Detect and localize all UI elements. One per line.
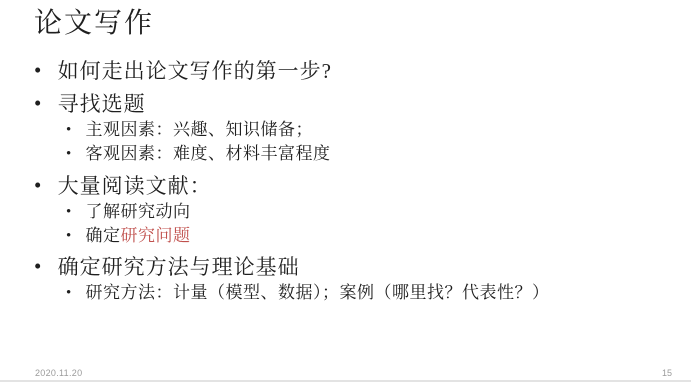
bullet-item: 大量阅读文献： xyxy=(34,175,683,198)
bullet-text-highlight: 研究问题 xyxy=(121,226,191,245)
bullet-text: 寻找选题 xyxy=(58,92,146,116)
bullet-text: 客观因素：难度、材料丰富程度 xyxy=(86,144,331,163)
bullet-item: 确定研究问题 xyxy=(66,226,683,246)
page-number: 15 xyxy=(662,368,672,378)
bullet-item: 确定研究方法与理论基础 xyxy=(34,256,683,279)
bullet-text: 主观因素：兴趣、知识储备； xyxy=(86,120,314,139)
bullet-text: 如何走出论文写作的第一步? xyxy=(58,59,332,83)
footer-date: 2020.11.20 xyxy=(35,368,82,378)
bullet-text: 确定 xyxy=(86,226,121,245)
bullet-text: 研究方法：计量（模型、数据）；案例（哪里找？代表性？） xyxy=(86,283,550,302)
slide: 论文写作 如何走出论文写作的第一步? 寻找选题 主观因素：兴趣、知识储备； 客观… xyxy=(0,0,691,382)
bullet-item: 研究方法：计量（模型、数据）；案例（哪里找？代表性？） xyxy=(66,283,683,303)
bullet-item: 客观因素：难度、材料丰富程度 xyxy=(66,144,683,164)
bullet-text: 确定研究方法与理论基础 xyxy=(58,255,300,279)
bullet-item: 了解研究动向 xyxy=(66,202,683,222)
page-title: 论文写作 xyxy=(34,8,154,40)
bullet-text: 了解研究动向 xyxy=(86,202,191,221)
bullet-item: 主观因素：兴趣、知识储备； xyxy=(66,120,683,140)
bullet-list: 如何走出论文写作的第一步? 寻找选题 主观因素：兴趣、知识储备； 客观因素：难度… xyxy=(34,50,683,308)
bullet-item: 如何走出论文写作的第一步? xyxy=(34,60,683,83)
bullet-text: 大量阅读文献： xyxy=(58,174,212,198)
bullet-item: 寻找选题 xyxy=(34,93,683,116)
